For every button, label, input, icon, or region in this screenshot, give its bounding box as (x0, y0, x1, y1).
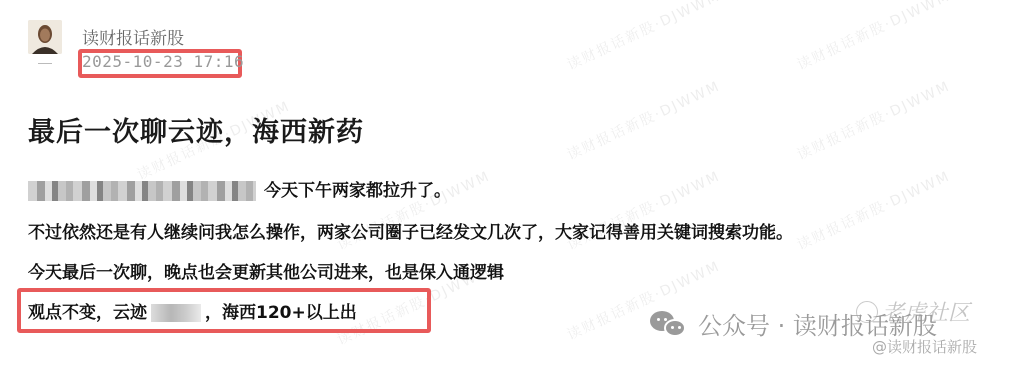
post-line-text: 今天下午两家都拉升了。 (264, 181, 451, 201)
watermark-text: 读财报话新股·DJWWM (564, 0, 724, 74)
tiger-logo-icon (856, 301, 878, 323)
community-watermark: 老虎社区 (856, 296, 970, 327)
opinion-prefix: 观点不变，云迹 (28, 303, 147, 323)
post-line: 不过依然还是有人继续问我怎么操作，两家公司圈子已经发文几次了，大家记得善用关键词… (28, 218, 793, 243)
watermark-text: 读财报话新股·DJWWM (794, 76, 954, 165)
author-name[interactable]: 读财报话新股 (82, 24, 184, 49)
opinion-suffix: ，海西120+以上出 (205, 303, 357, 323)
opinion-line: 观点不变，云迹，海西120+以上出 (28, 298, 357, 323)
community-name: 老虎社区 (882, 296, 970, 327)
wechat-icon (650, 309, 690, 339)
avatar-underline (38, 63, 52, 64)
post-line: 今天最后一次聊，晚点也会更新其他公司进来，也是保入通逻辑 (28, 258, 504, 283)
timestamp: 2025-10-23 17:16 (82, 52, 244, 71)
watermark-text: 读财报话新股·DJWWM (564, 76, 724, 165)
redacted-text (151, 304, 201, 322)
avatar-image (28, 20, 62, 54)
watermark-text: 读财报话新股·DJWWM (794, 166, 954, 255)
avatar[interactable] (28, 20, 62, 54)
handle-watermark: @读财报话新股 (872, 336, 977, 357)
redacted-text (28, 181, 256, 201)
watermark-text: 读财报话新股·DJWWM (794, 0, 954, 74)
post-line: 今天下午两家都拉升了。 (28, 176, 451, 201)
post-title: 最后一次聊云迹，海西新药 (28, 110, 364, 149)
